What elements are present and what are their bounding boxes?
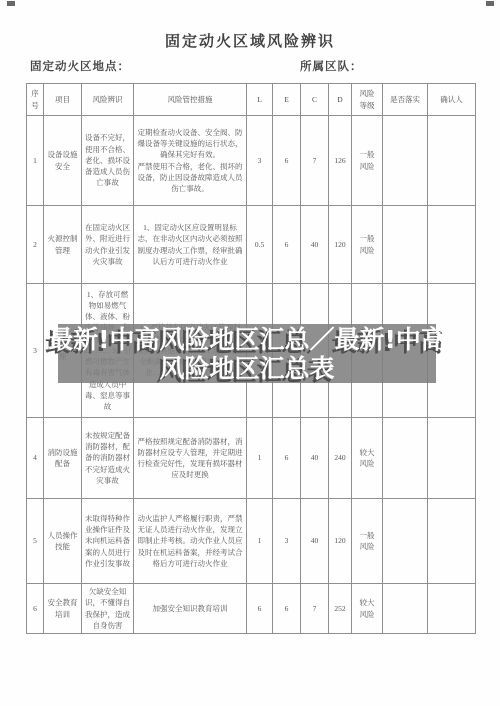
cell-level: 一般 风险 [352,116,383,206]
header-C: C [301,84,329,116]
document-page: 固定动火区域风险辨识 固定动火区地点： 所属区队： 序 号 项目 风险辨识 风险… [0,0,500,706]
cell-implemented [383,584,428,634]
cell-C: 40 [301,499,329,584]
watermark-overlay: 最新!中高风险地区汇总／最新!中高 风险地区汇总表 [58,324,436,383]
header-E: E [273,84,301,116]
cell-D: 120 [329,206,352,284]
cell-no: 4 [27,418,44,499]
cell-L: 0.5 [247,206,273,284]
table-header-row: 序 号 项目 风险辨识 风险管控措施 L E C D 风险 等级 是否落实 确认… [27,84,476,116]
cell-item: 安全教育培训 [44,584,82,634]
header-confirmer: 确认人 [428,84,476,116]
cell-measures: 动火监护人严格履行职责，严禁无证人员进行动火作业，发现立即制止并考核。动火作业人… [134,499,247,584]
cell-risk: 欠缺安全知识，不懂得自我保护，造成自身伤害 [82,584,134,634]
cell-measures: 定期检查动火设备、安全阀、防爆设备等关键设施的运行状态，确保其完好有效。 严禁使… [134,116,247,206]
header-no: 序 号 [27,84,44,116]
cell-L: 1 [247,418,273,499]
cell-level: 一般 风险 [352,206,383,284]
cell-item: 火源控制管理 [44,206,82,284]
cell-C: 7 [301,584,329,634]
cell-level: 较大 风险 [352,418,383,499]
cell-measures: 严格按照规定配备消防器材，消防器材应设专人管理，并定期进行检查完好性，发现有损坏… [134,418,247,499]
cell-implemented [383,418,428,499]
location-label: 固定动火区地点： [30,58,130,74]
watermark-text-line1: 最新!中高风险地区汇总／最新!中高 [48,325,446,354]
cell-confirmer [428,584,476,634]
cell-E: 6 [273,418,301,499]
cell-E: 6 [273,584,301,634]
cell-level: 一般 风险 [352,499,383,584]
scan-artifact-top-right [486,1,494,6]
cell-no: 3 [27,284,44,418]
header-item: 项目 [44,84,82,116]
cell-implemented [383,206,428,284]
cell-confirmer [428,418,476,499]
cell-C: 40 [301,206,329,284]
table-row: 6 安全教育培训 欠缺安全知识，不懂得自我保护，造成自身伤害 加强安全知识教育培… [27,584,476,634]
cell-confirmer [428,116,476,206]
cell-no: 2 [27,206,44,284]
cell-risk: 设备不完好，使用不合格、老化、损坏设备造成人员伤亡事故 [82,116,134,206]
cell-C: 40 [301,418,329,499]
header-level: 风险 等级 [352,84,383,116]
table-row: 5 人员操作技能 未取得特种作业操作证件及未向机运科备案的人员进行作业引发事故 … [27,499,476,584]
team-label: 所属区队： [300,58,363,74]
table-row: 1 设备设施安全 设备不完好，使用不合格、老化、损坏设备造成人员伤亡事故 定期检… [27,116,476,206]
cell-L: 3 [247,116,273,206]
cell-risk: 在固定动火区外、附近进行动火作业引发火灾事故 [82,206,134,284]
header-risk: 风险辨识 [82,84,134,116]
cell-confirmer [428,499,476,584]
cell-item: 设备设施安全 [44,116,82,206]
header-D: D [329,84,352,116]
cell-implemented [383,499,428,584]
cell-no: 5 [27,499,44,584]
header-implemented: 是否落实 [383,84,428,116]
page-title: 固定动火区域风险辨识 [0,30,500,51]
cell-L: 6 [247,584,273,634]
cell-D: 252 [329,584,352,634]
table-row: 2 火源控制管理 在固定动火区外、附近进行动火作业引发火灾事故 1、固定动火区应… [27,206,476,284]
cell-item: 消防设施配备 [44,418,82,499]
watermark-text-line2: 风险地区汇总表 [159,354,334,383]
cell-L: 1 [247,499,273,584]
cell-implemented [383,116,428,206]
header-measures: 风险管控措施 [134,84,247,116]
scan-artifact-top-left [7,1,15,6]
cell-D: 240 [329,418,352,499]
cell-E: 3 [273,499,301,584]
cell-D: 120 [329,499,352,584]
cell-no: 6 [27,584,44,634]
cell-D: 126 [329,116,352,206]
table-row: 4 消防设施配备 未按规定配备消防器材，配备的消防器材不完好造成火灾事故 严格按… [27,418,476,499]
cell-no: 1 [27,116,44,206]
header-L: L [247,84,273,116]
cell-E: 6 [273,116,301,206]
cell-risk: 未取得特种作业操作证件及未向机运科备案的人员进行作业引发事故 [82,499,134,584]
cell-measures: 加强安全知识教育培训 [134,584,247,634]
cell-level: 较大 风险 [352,584,383,634]
cell-risk: 未按规定配备消防器材，配备的消防器材不完好造成火灾事故 [82,418,134,499]
cell-E: 6 [273,206,301,284]
cell-item: 人员操作技能 [44,499,82,584]
cell-confirmer [428,206,476,284]
cell-C: 7 [301,116,329,206]
cell-measures: 1、固定动火区应设置明显标志，在非动火区内动火必须按照制度办理动火工作票，经审批… [134,206,247,284]
